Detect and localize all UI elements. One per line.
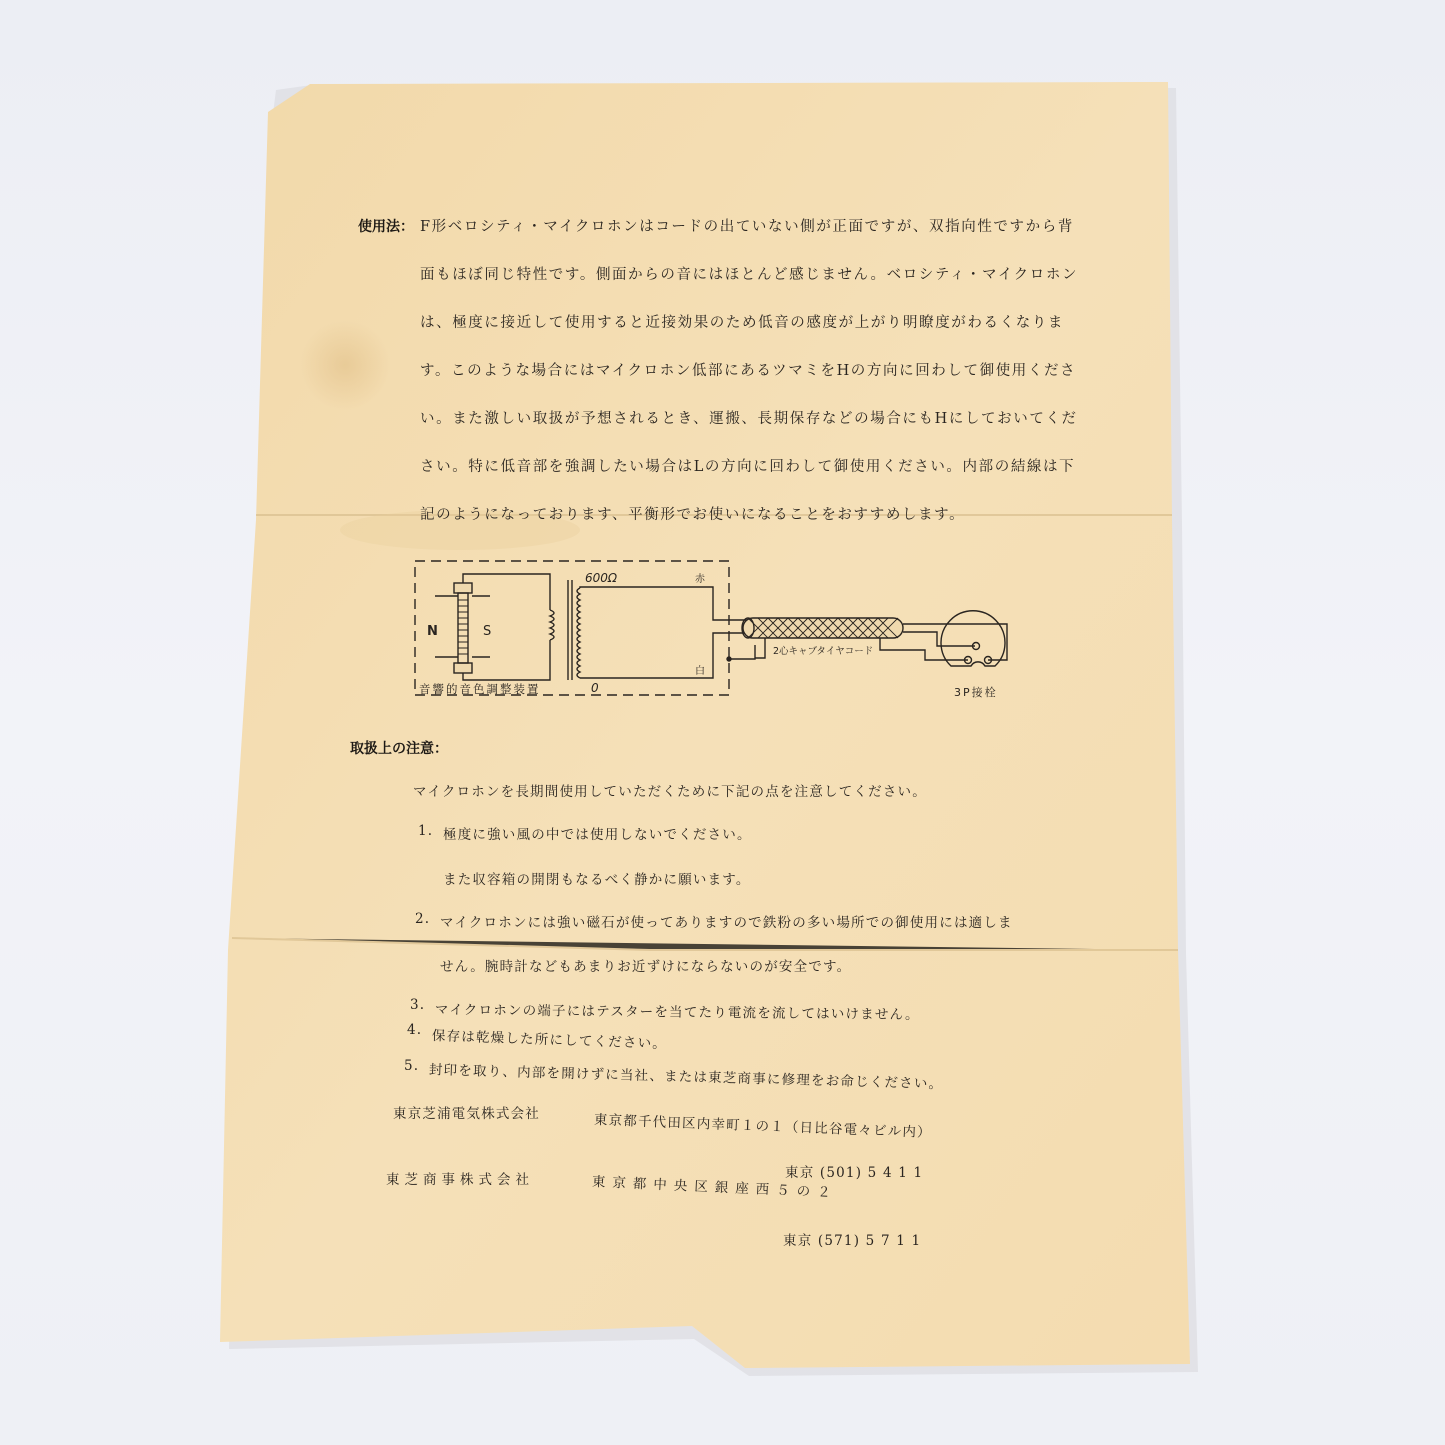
usage-line: F形ベロシティ・マイクロホンはコードの出ていない側が正面ですが、双指向性ですから… [420,215,1074,236]
magnet-s-label: S [483,624,491,639]
cautions-heading: 取扱上の注意： [350,738,448,758]
company-phone: 東京 (571) 5 7 1 1 [783,1229,921,1249]
usage-line: 記のようになっております、平衡形でお使いになることをおすすめします。 [420,503,965,524]
instruction-sheet: 使用法： F形ベロシティ・マイクロホンはコードの出ていない側が正面ですが、双指向… [0,0,1445,1445]
company-name: 東京芝浦電気株式会社 [393,1102,540,1122]
company-phone: 東京 (501) 5 4 1 1 [785,1161,923,1181]
tap-zero-label: 0 [591,681,599,695]
usage-heading: 使用法： [358,216,414,236]
caution-number: 5. [404,1058,419,1074]
caution-number: 4. [407,1022,422,1038]
cautions-intro: マイクロホンを長期間使用していただくために下記の点を注意してください。 [413,780,927,800]
company-name: 東芝商事株式会社 [386,1168,534,1188]
white-wire-label: 白 [695,664,705,677]
caution-line: せん。腕時計などもあまりお近ずけにならないのが安全です。 [440,955,851,975]
caution-number: 2. [415,911,430,927]
usage-line: は、極度に接近して使用すると近接効果のため低音の感度が上がり明瞭度がわるくなりま [420,311,1064,332]
tone-adjuster-label: 音響的音色調整装置 [419,682,541,696]
cable-label: 2心キャブタイヤコード [773,645,873,657]
usage-line: い。また激しい取扱が予想されるとき、運搬、長期保存などの場合にもHにしておいてく… [420,407,1078,428]
caution-line: マイクロホンには強い磁石が使ってありますので鉄粉の多い場所での御使用には適しま [440,911,1013,931]
usage-line: さい。特に低音部を強調したい場合はLの方向に回わして御使用ください。内部の結線は… [420,455,1075,476]
red-wire-label: 赤 [695,572,706,585]
caution-number: 3. [410,997,425,1013]
magnet-n-label: N [427,624,438,639]
caution-line: また収容箱の開閉もなるべく静かに願います。 [443,868,751,888]
usage-line: す。このような場合にはマイクロホン低部にあるツマミをHの方向に回わして御使用くだ… [420,359,1076,380]
caution-line: 極度に強い風の中では使用しないでください。 [443,823,752,843]
usage-line: 面もほぼ同じ特性です。側面からの音にはほとんど感じません。ベロシティ・マイクロホ… [420,263,1078,284]
impedance-label: 600Ω [585,571,618,585]
wiring-diagram: N S 600Ω 0 赤 白 音響的音色調整装置 2心キャブタイヤコード 3P接… [405,550,1025,710]
caution-number: 1. [418,823,433,839]
connector-label: 3P接栓 [954,685,998,699]
